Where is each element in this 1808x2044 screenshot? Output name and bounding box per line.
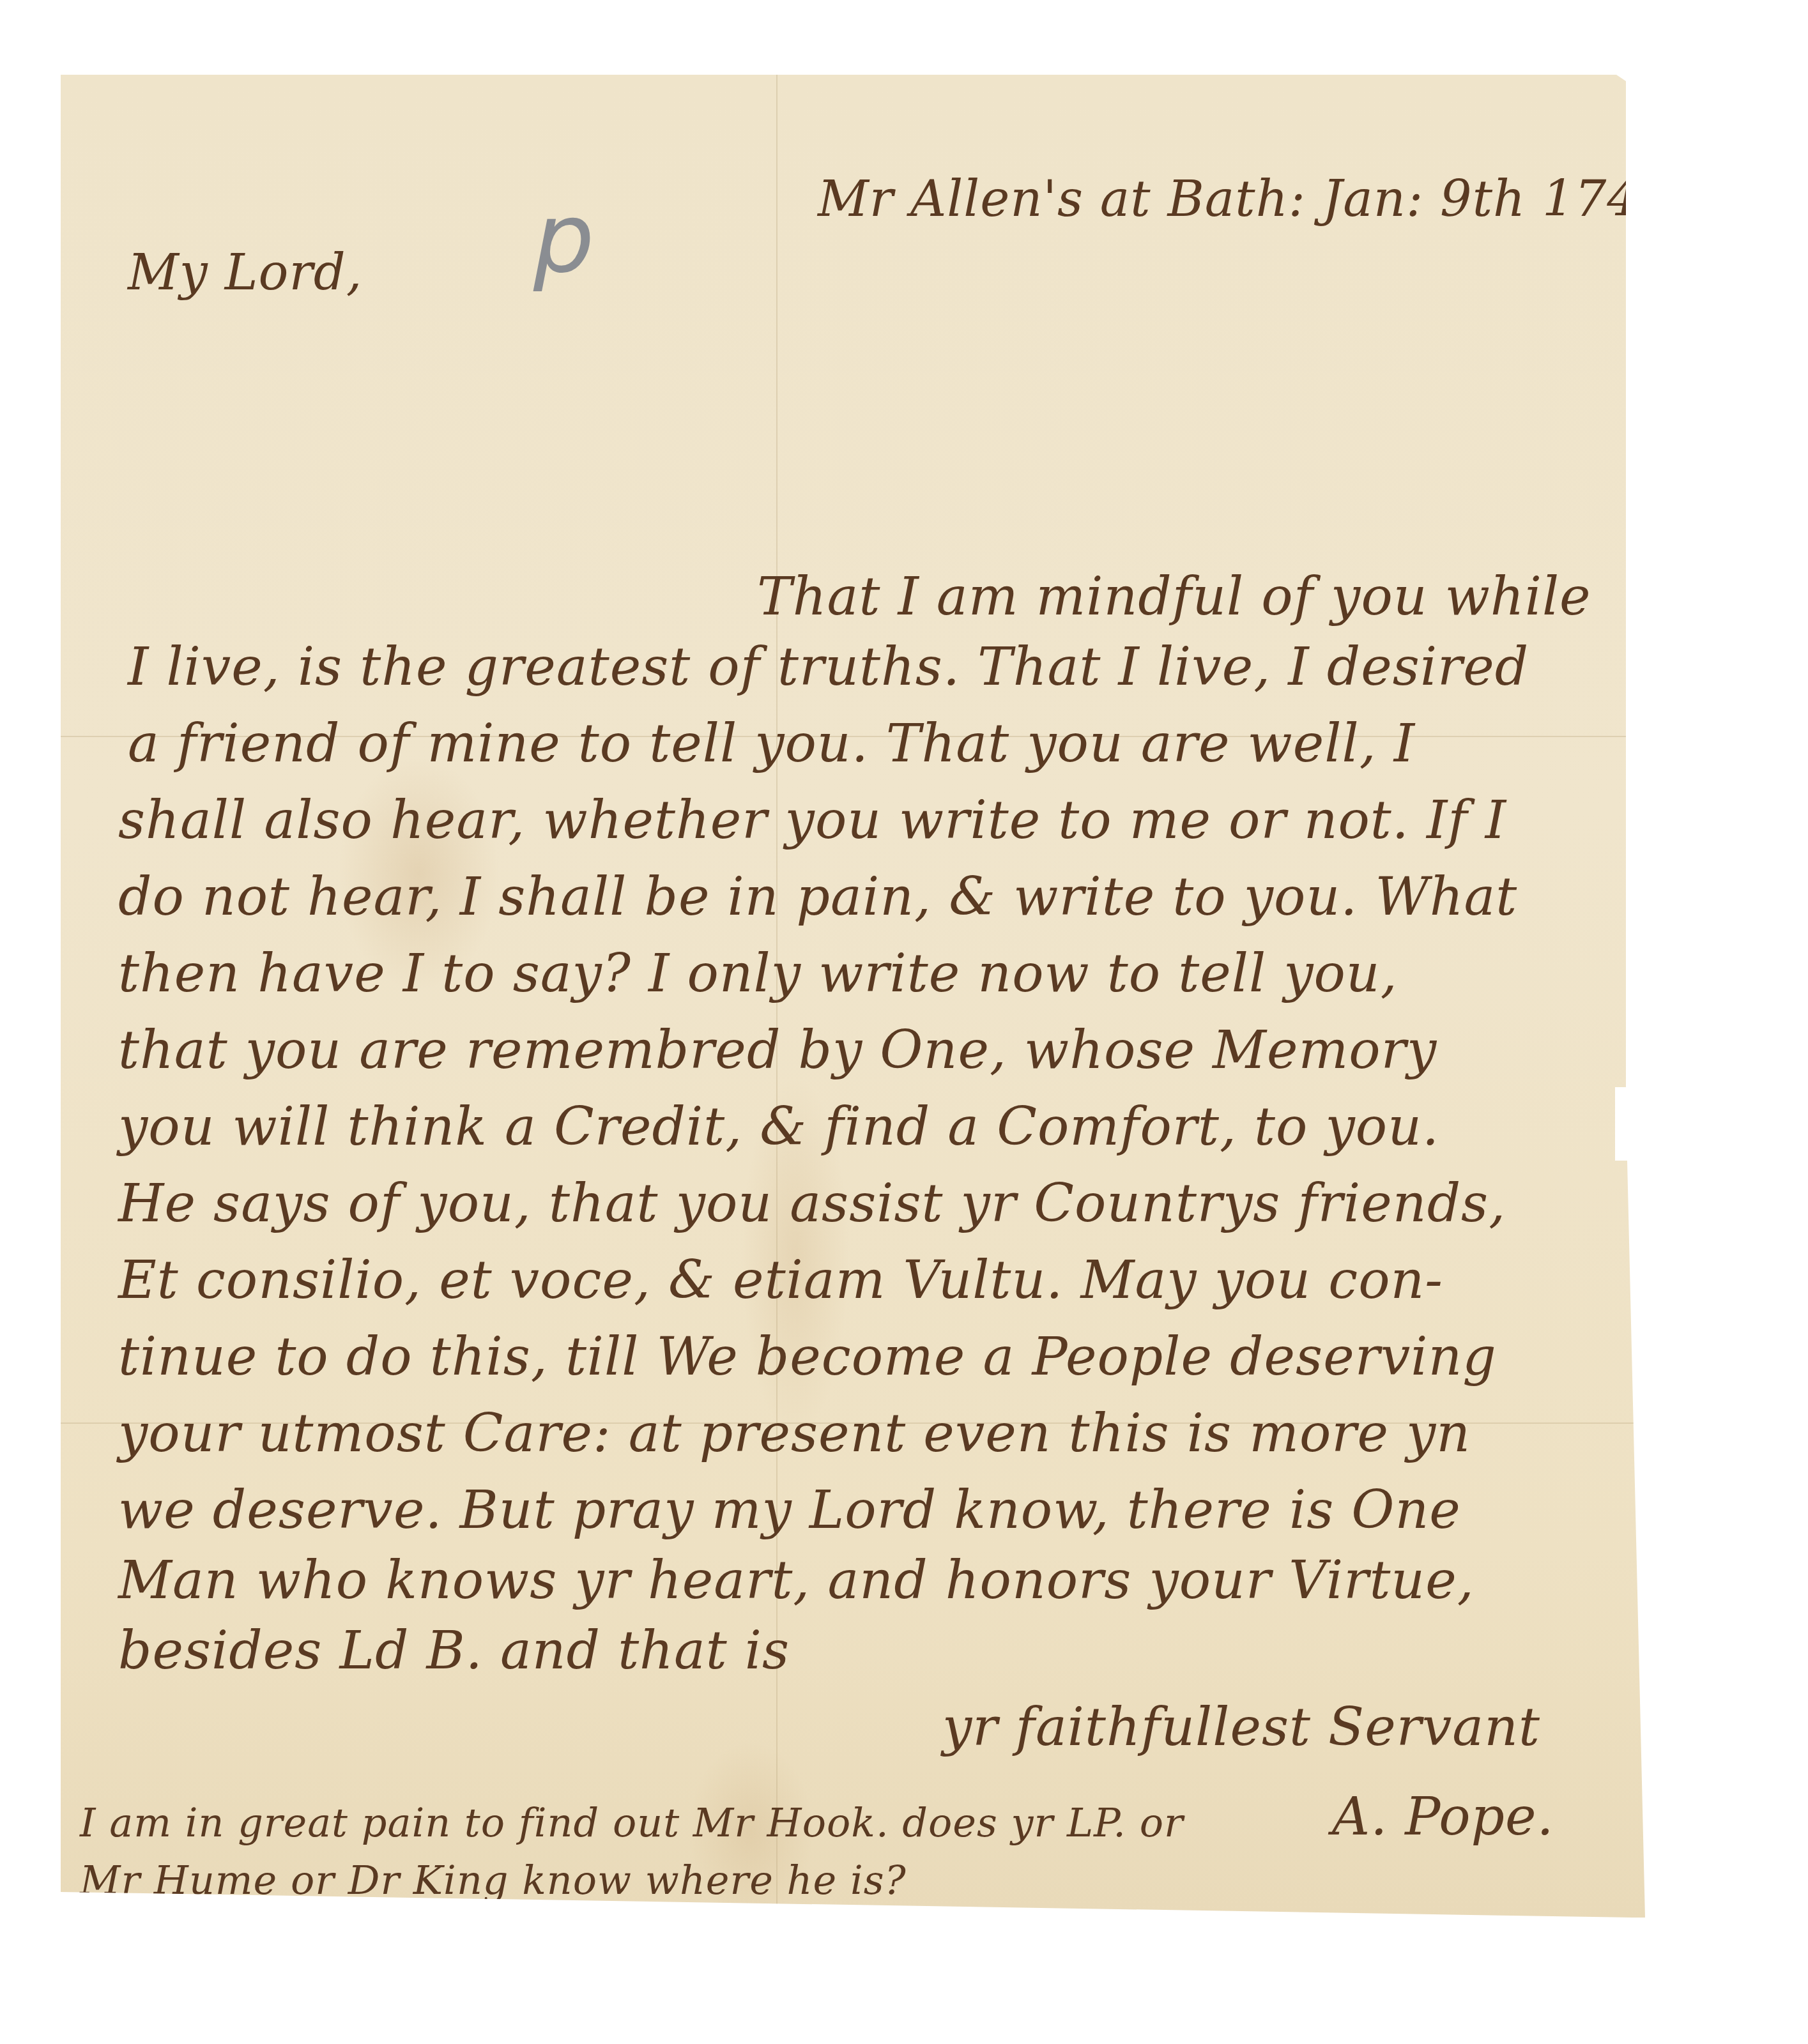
body-line: do not hear, I shall be in pain, & write… — [118, 867, 1517, 927]
body-line: He says of you, that you assist yr Count… — [118, 1173, 1506, 1234]
body-line: That I am mindful of you while — [757, 567, 1591, 627]
body-line: shall also hear, whether you write to me… — [118, 790, 1506, 851]
letter-paper: Mr Allen's at Bath: Jan: 9th 1740. p My … — [61, 75, 1645, 1918]
postscript-line: I am in great pain to find out Mr Hook. … — [80, 1799, 1184, 1846]
body-line: I live, is the greatest of truths. That … — [128, 637, 1529, 698]
body-line: tinue to do this, till We become a Peopl… — [118, 1327, 1497, 1387]
body-line: your utmost Care: at present even this i… — [118, 1403, 1471, 1464]
postscript-line: Mr Hume or Dr King know where he is? — [80, 1857, 907, 1903]
signature: A. Pope. — [1332, 1787, 1554, 1847]
salutation: My Lord, — [128, 244, 363, 301]
body-line: Et consilio, et voce, & etiam Vultu. May… — [118, 1250, 1443, 1311]
pencil-mark: p — [533, 183, 595, 294]
body-line: that you are remembred by One, whose Mem… — [118, 1020, 1437, 1081]
body-line: a friend of mine to tell you. That you a… — [128, 713, 1415, 774]
body-line: you will think a Credit, & find a Comfor… — [118, 1097, 1439, 1157]
body-line: we deserve. But pray my Lord know, there… — [118, 1480, 1461, 1541]
body-line: then have I to say? I only write now to … — [118, 943, 1398, 1004]
closing: yr faithfullest Servant — [942, 1697, 1540, 1758]
body-line: besides Ld B. and that is — [118, 1621, 790, 1681]
dateline: Mr Allen's at Bath: Jan: 9th 1740. — [818, 171, 1688, 228]
body-line: Man who knows yr heart, and honors your … — [118, 1550, 1475, 1611]
